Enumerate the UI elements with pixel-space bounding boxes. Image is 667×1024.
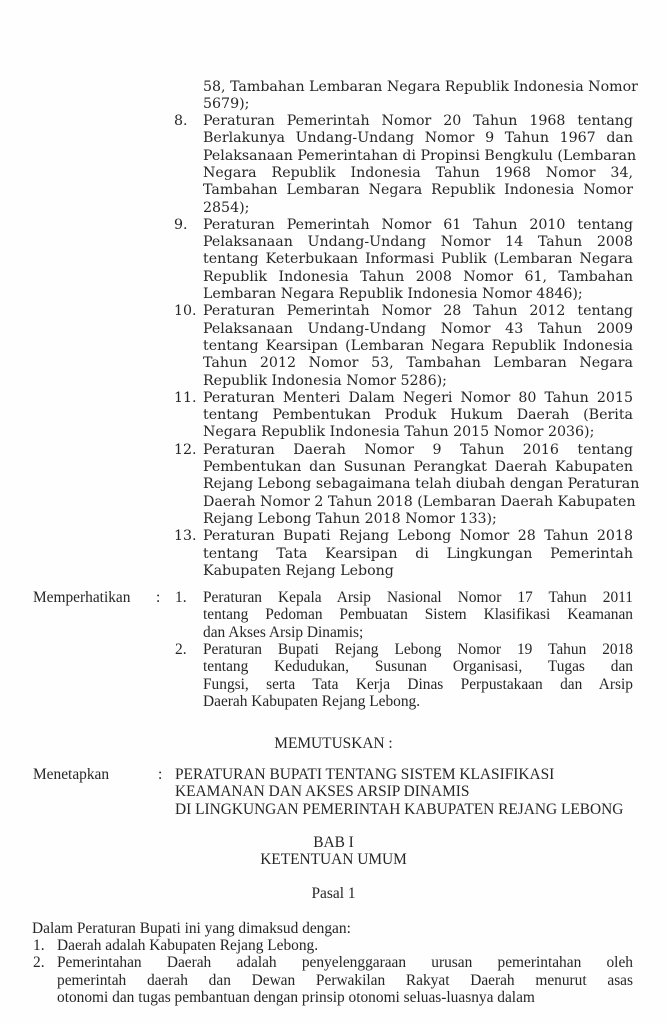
list-number: 2. — [175, 641, 187, 659]
menetapkan-line: KEAMANAN DAN AKSES ARSIP DINAMIS — [175, 783, 469, 801]
list-number: 11. — [174, 389, 197, 407]
list-number: 12. — [174, 441, 197, 459]
list-item-line: Berlakunya Undang-Undang Nomor 9 Tahun 1… — [203, 129, 633, 147]
list-item-line: pemerintah daerah dan Dewan Perwakilan R… — [57, 972, 633, 990]
list-item-line: Republik Indonesia Nomor 5286); — [203, 372, 447, 390]
list-item-line: Peraturan Bupati Rejang Lebong Nomor 19 … — [203, 641, 633, 659]
list-item-line: tentang Pedoman Pembuatan Sistem Klasifi… — [203, 606, 633, 624]
memperhatikan-label: Memperhatikan — [33, 589, 130, 607]
list-number: 8. — [174, 112, 188, 130]
list-item-line: Peraturan Pemerintah Nomor 61 Tahun 2010… — [203, 216, 633, 234]
list-item-line: Peraturan Daerah Nomor 9 Tahun 2016 tent… — [203, 441, 633, 459]
list-item-line: Republik Indonesia Tahun 2008 Nomor 61, … — [203, 268, 633, 286]
document-page: 58, Tambahan Lembaran Negara Republik In… — [0, 0, 667, 1024]
list-item-line: Peraturan Pemerintah Nomor 28 Tahun 2012… — [203, 302, 633, 320]
menetapkan-colon: : — [158, 766, 162, 784]
list-item-line: tentang Pembentukan Produk Hukum Daerah … — [203, 406, 633, 424]
list-item-line: tentang Kearsipan (Lembaran Negara Repub… — [203, 337, 633, 355]
list-item-line: tentang Tata Kearsipan di Lingkungan Pem… — [203, 545, 633, 563]
list-item-line: Negara Republik Indonesia Tahun 2015 Nom… — [203, 423, 594, 441]
list-number: 2. — [33, 954, 45, 972]
list-item-line: 5679); — [203, 95, 249, 113]
list-number: 1. — [175, 589, 187, 607]
memperhatikan-colon: : — [156, 589, 160, 607]
menetapkan-label: Menetapkan — [33, 766, 109, 784]
list-item-line: Kabupaten Rejang Lebong — [203, 562, 394, 580]
list-item-line: dan Akses Arsip Dinamis; — [203, 624, 363, 642]
list-item-line: Tahun 2012 Nomor 53, Tambahan Lembaran N… — [203, 354, 633, 372]
list-item-line: Daerah Kabupaten Rejang Lebong. — [203, 693, 420, 711]
chapter-title: BAB I — [0, 834, 667, 852]
list-item-line: Daerah Nomor 2 Tahun 2018 (Lembaran Daer… — [203, 493, 633, 511]
list-item-line: Peraturan Kepala Arsip Nasional Nomor 17… — [203, 589, 633, 607]
list-item-line: Pemerintahan Daerah adalah penyelenggara… — [57, 954, 633, 972]
list-item-line: Rejang Lebong Tahun 2018 Nomor 133); — [203, 510, 497, 528]
memutuskan-heading: MEMUTUSKAN : — [0, 735, 667, 753]
menetapkan-line: DI LINGKUNGAN PEMERINTAH KABUPATEN REJAN… — [175, 801, 623, 819]
list-item-line: Lembaran Negara Republik Indonesia Nomor… — [203, 285, 583, 303]
list-item-line: Fungsi, serta Tata Kerja Dinas Perpustak… — [203, 676, 633, 694]
list-item-line: Pelaksanaan Pemerintahan di Propinsi Ben… — [203, 147, 633, 165]
list-number: 1. — [33, 937, 45, 955]
article-title: Pasal 1 — [0, 885, 667, 903]
list-item-line: Tambahan Lembaran Negara Republik Indone… — [203, 181, 633, 199]
article-intro: Dalam Peraturan Bupati ini yang dimaksud… — [32, 920, 351, 938]
list-item-line: Peraturan Menteri Dalam Negeri Nomor 80 … — [203, 389, 633, 407]
list-item-line: otonomi dan tugas pembantuan dengan prin… — [57, 989, 535, 1007]
list-item-line: tentang Keterbukaan Informasi Publik (Le… — [203, 250, 633, 268]
list-item-line: 2854); — [203, 199, 249, 217]
list-item-line: Pembentukan dan Susunan Perangkat Daerah… — [203, 458, 633, 476]
list-number: 10. — [174, 302, 197, 320]
list-item-line: Pelaksanaan Undang-Undang Nomor 43 Tahun… — [203, 320, 633, 338]
chapter-subtitle: KETENTUAN UMUM — [0, 851, 667, 869]
list-item-line: Rejang Lebong sebagaimana telah diubah d… — [203, 475, 633, 493]
list-item-line: Daerah adalah Kabupaten Rejang Lebong. — [57, 937, 318, 955]
list-item-line: 58, Tambahan Lembaran Negara Republik In… — [203, 78, 633, 96]
list-item-line: tentang Kedudukan, Susunan Organisasi, T… — [203, 658, 633, 676]
list-item-line: Pelaksanaan Undang-Undang Nomor 14 Tahun… — [203, 233, 633, 251]
list-item-line: Peraturan Bupati Rejang Lebong Nomor 28 … — [203, 527, 633, 545]
list-number: 9. — [174, 216, 188, 234]
list-item-line: Negara Republik Indonesia Tahun 1968 Nom… — [203, 164, 633, 182]
menetapkan-line: PERATURAN BUPATI TENTANG SISTEM KLASIFIK… — [175, 766, 554, 784]
list-number: 13. — [174, 527, 197, 545]
list-item-line: Peraturan Pemerintah Nomor 20 Tahun 1968… — [203, 112, 633, 130]
